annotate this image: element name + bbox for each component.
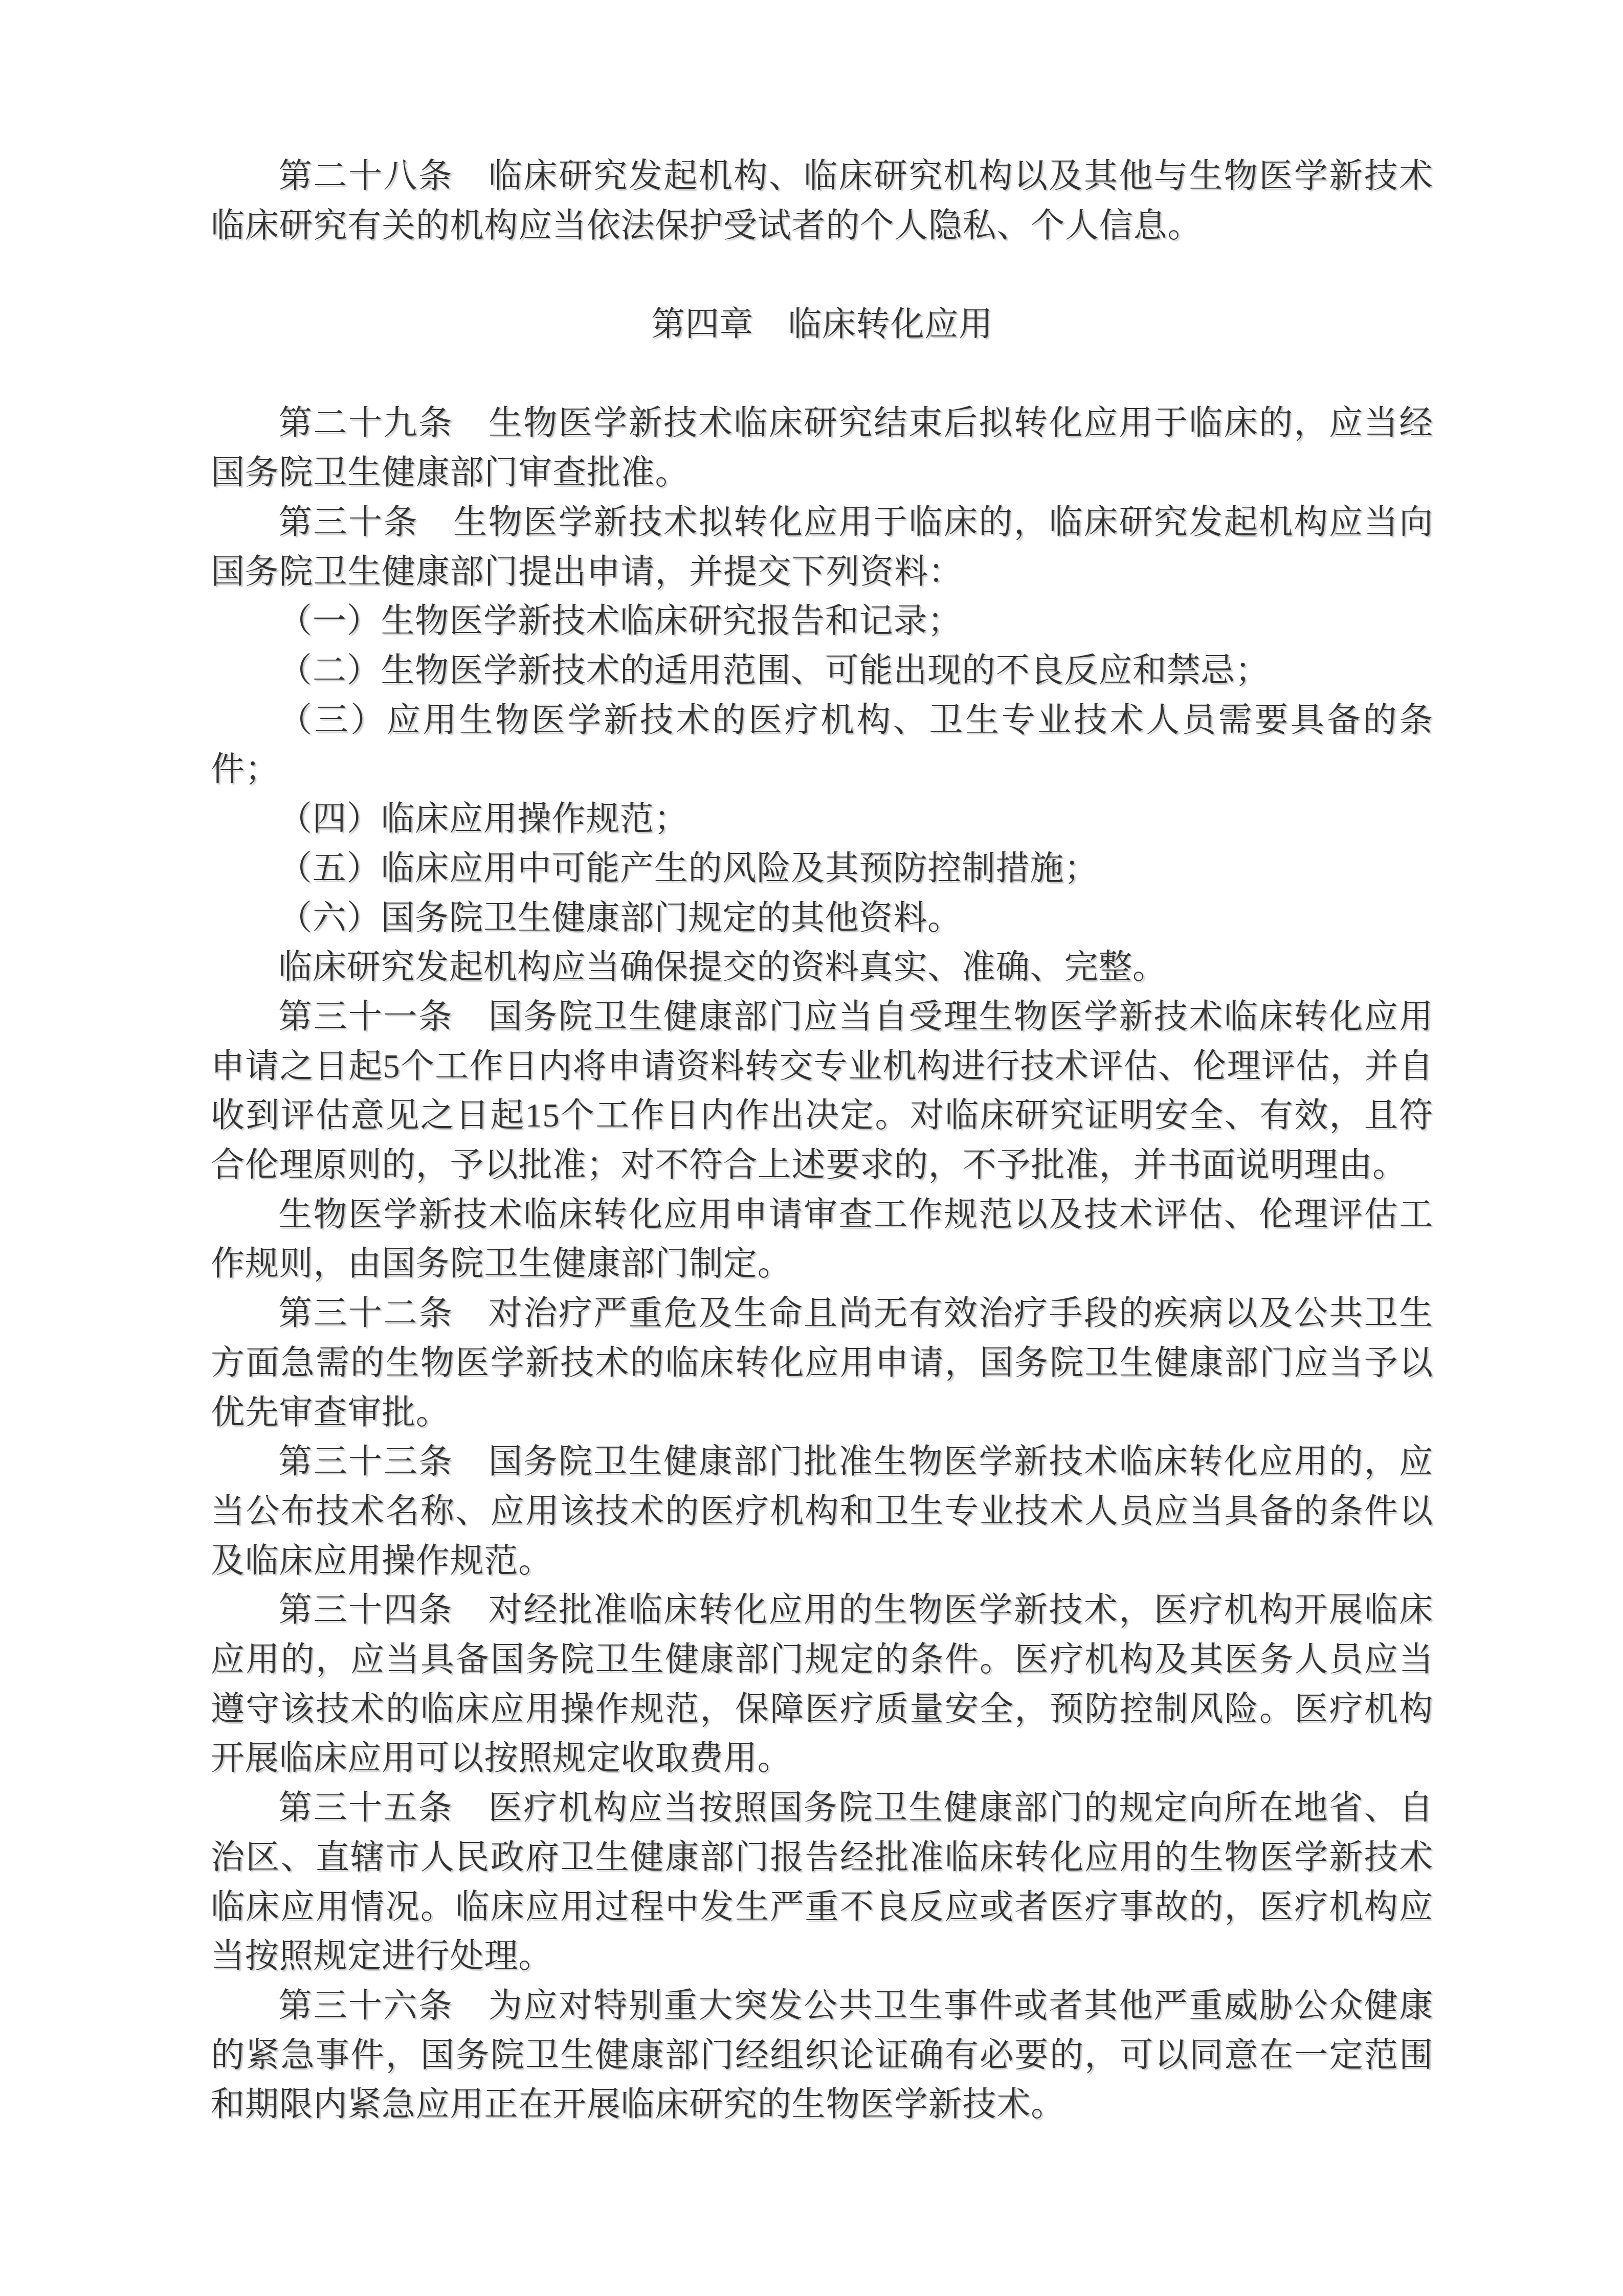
document-body: 第二十八条 临床研究发起机构、临床研究机构以及其他与生物医学新技术临床研究有关的…	[211, 152, 1433, 2130]
article-paragraph: 第三十一条 国务院卫生健康部门应当自受理生物医学新技术临床转化应用申请之日起5个…	[211, 993, 1433, 1190]
article-paragraph: （二）生物医学新技术的适用范围、可能出现的不良反应和禁忌；	[211, 646, 1433, 696]
article-paragraph: 第三十五条 医疗机构应当按照国务院卫生健康部门的规定向所在地省、自治区、直辖市人…	[211, 1784, 1433, 1982]
article-paragraph: （一）生物医学新技术临床研究报告和记录；	[211, 597, 1433, 646]
article-paragraph: 生物医学新技术临床转化应用申请审查工作规范以及技术评估、伦理评估工作规则，由国务…	[211, 1190, 1433, 1289]
document-page: 第二十八条 临床研究发起机构、临床研究机构以及其他与生物医学新技术临床研究有关的…	[0, 0, 1623, 2296]
article-paragraph: 第二十九条 生物医学新技术临床研究结束后拟转化应用于临床的，应当经国务院卫生健康…	[211, 399, 1433, 498]
article-paragraph: 第三十四条 对经批准临床转化应用的生物医学新技术，医疗机构开展临床应用的，应当具…	[211, 1586, 1433, 1784]
article-paragraph: 第三十三条 国务院卫生健康部门批准生物医学新技术临床转化应用的，应当公布技术名称…	[211, 1437, 1433, 1586]
chapter-heading: 第四章 临床转化应用	[211, 300, 1433, 350]
article-paragraph: 第三十条 生物医学新技术拟转化应用于临床的，临床研究发起机构应当向国务院卫生健康…	[211, 498, 1433, 597]
article-paragraph: （五）临床应用中可能产生的风险及其预防控制措施；	[211, 844, 1433, 894]
article-paragraph: 临床研究发起机构应当确保提交的资料真实、准确、完整。	[211, 943, 1433, 993]
article-paragraph: （三）应用生物医学新技术的医疗机构、卫生专业技术人员需要具备的条件；	[211, 696, 1433, 795]
article-paragraph: 第二十八条 临床研究发起机构、临床研究机构以及其他与生物医学新技术临床研究有关的…	[211, 152, 1433, 251]
article-paragraph: （四）临床应用操作规范；	[211, 795, 1433, 844]
article-paragraph: 第三十二条 对治疗严重危及生命且尚无有效治疗手段的疾病以及公共卫生方面急需的生物…	[211, 1289, 1433, 1437]
article-paragraph: （六）国务院卫生健康部门规定的其他资料。	[211, 894, 1433, 943]
article-paragraph: 第三十六条 为应对特别重大突发公共卫生事件或者其他严重威胁公众健康的紧急事件，国…	[211, 1982, 1433, 2130]
